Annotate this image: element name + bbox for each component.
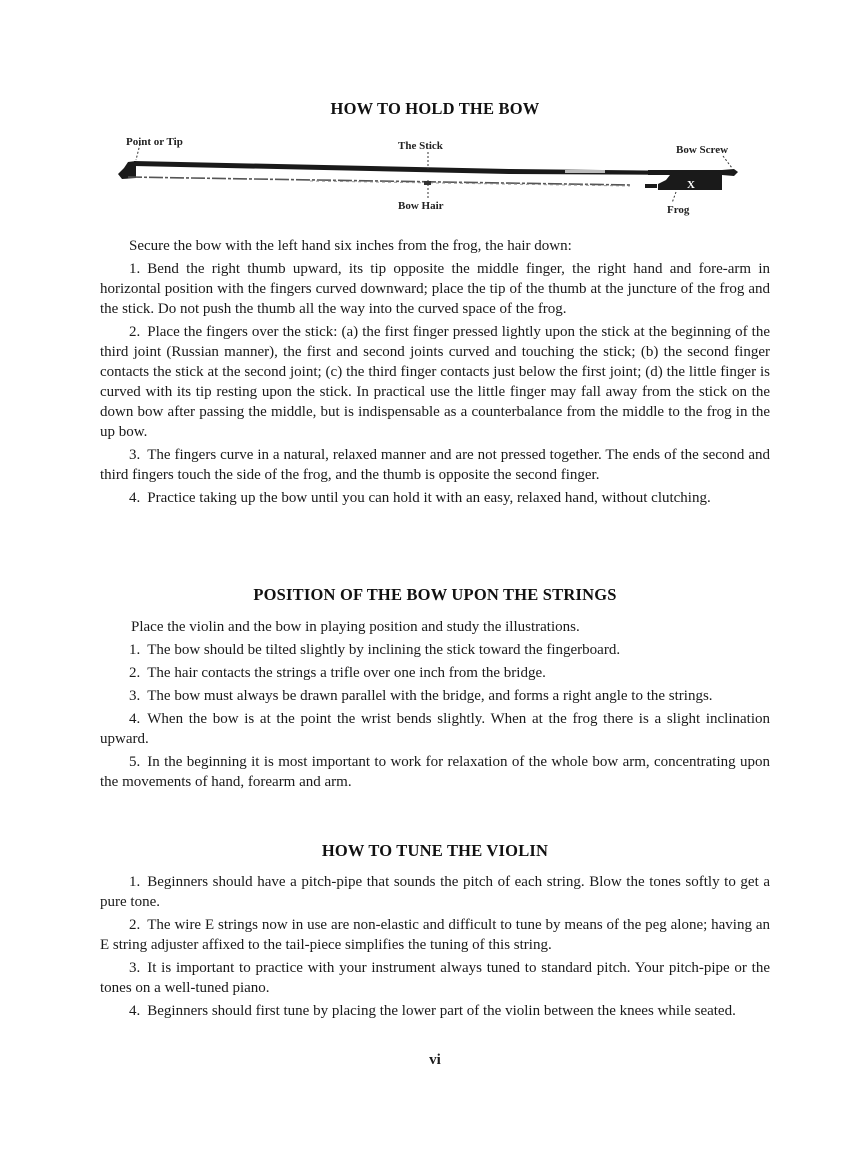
- position-item-1: 1.The bow should be tilted slightly by i…: [100, 640, 770, 660]
- hold-bow-item-4: 4.Practice taking up the bow until you c…: [100, 488, 770, 508]
- position-item-3: 3.The bow must always be drawn parallel …: [100, 686, 770, 706]
- tune-item-4: 4.Beginners should first tune by placing…: [100, 1001, 770, 1021]
- hold-bow-body: Secure the bow with the left hand six in…: [100, 236, 770, 508]
- tune-item-3: 3.It is important to practice with your …: [100, 958, 770, 998]
- label-the-stick: The Stick: [398, 140, 443, 152]
- position-item-5: 5.In the beginning it is most important …: [100, 752, 770, 792]
- position-body: Place the violin and the bow in playing …: [100, 617, 770, 792]
- page-number: vi: [100, 1052, 770, 1069]
- label-bow-screw: Bow Screw: [676, 144, 728, 156]
- label-frog: Frog: [667, 204, 689, 216]
- position-item-2: 2.The hair contacts the strings a trifle…: [100, 663, 770, 683]
- bow-diagram: X Point or Tip The Stick Bow Screw Bow H…: [110, 130, 760, 225]
- label-bow-hair: Bow Hair: [398, 200, 444, 212]
- tune-item-2: 2.The wire E strings now in use are non-…: [100, 915, 770, 955]
- hold-bow-item-3: 3.The fingers curve in a natural, relaxe…: [100, 445, 770, 485]
- section-title-hold-bow: HOW TO HOLD THE BOW: [100, 99, 770, 119]
- hold-bow-intro: Secure the bow with the left hand six in…: [100, 236, 770, 256]
- hold-bow-item-1: 1.Bend the right thumb upward, its tip o…: [100, 259, 770, 319]
- svg-text:X: X: [687, 179, 695, 191]
- position-intro: Place the violin and the bow in playing …: [100, 617, 770, 637]
- section-title-position: POSITION OF THE BOW UPON THE STRINGS: [100, 585, 770, 605]
- label-point-or-tip: Point or Tip: [126, 136, 183, 148]
- section-title-tune: HOW TO TUNE THE VIOLIN: [100, 841, 770, 861]
- hold-bow-item-2: 2.Place the fingers over the stick: (a) …: [100, 322, 770, 442]
- tune-body: 1.Beginners should have a pitch-pipe tha…: [100, 872, 770, 1021]
- position-item-4: 4.When the bow is at the point the wrist…: [100, 709, 770, 749]
- tune-item-1: 1.Beginners should have a pitch-pipe tha…: [100, 872, 770, 912]
